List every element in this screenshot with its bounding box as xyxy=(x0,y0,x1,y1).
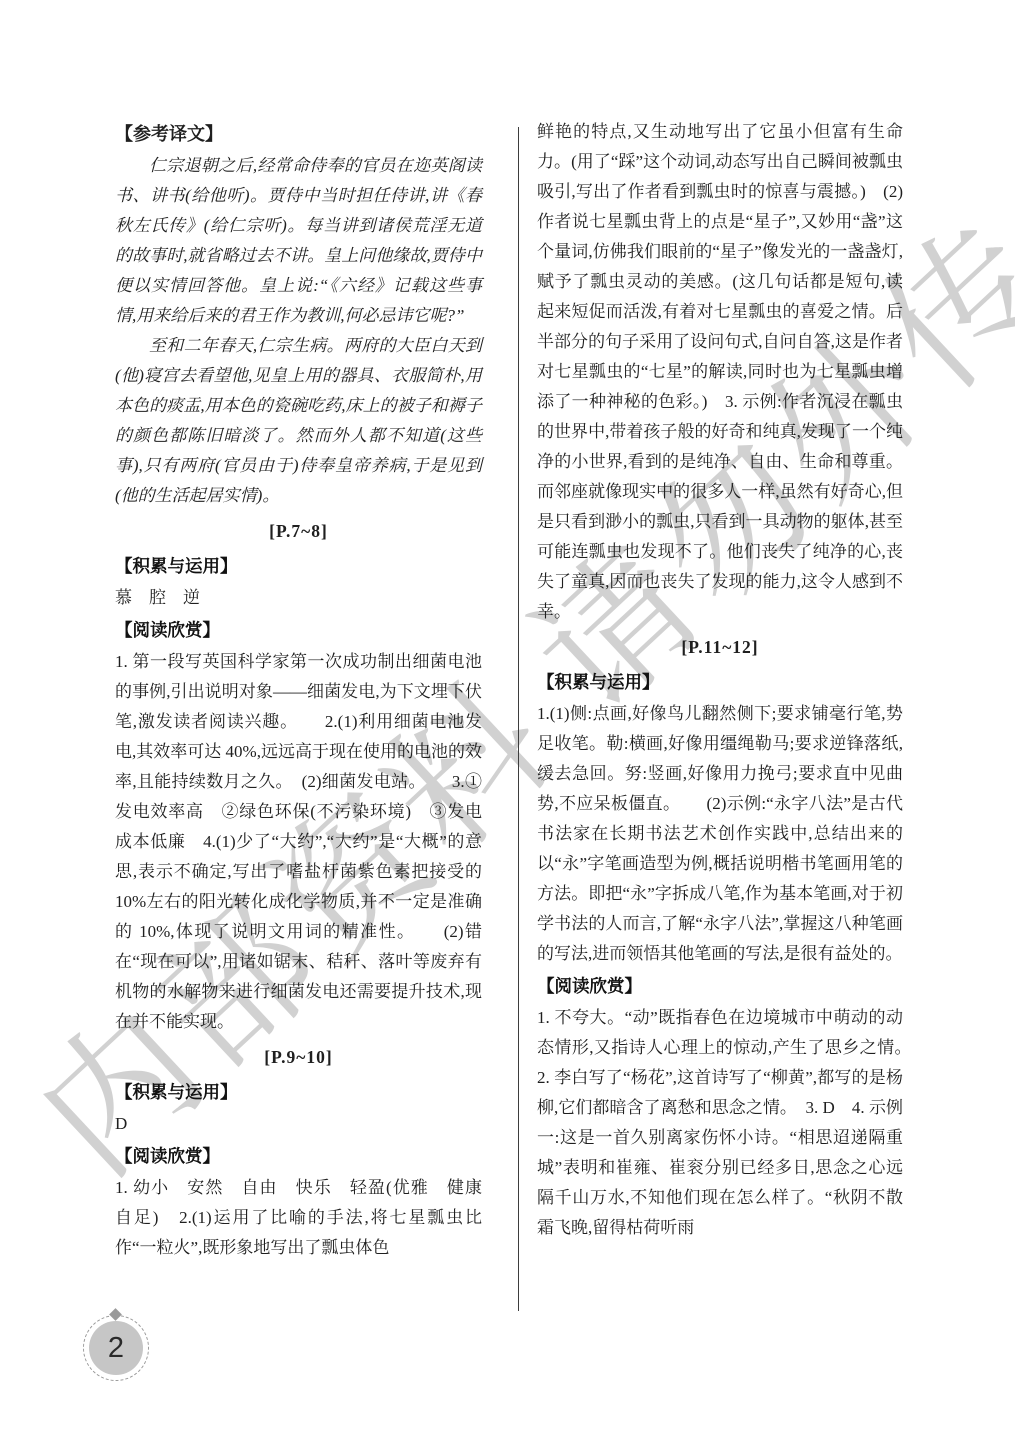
section-heading-accumulation-2: 【积累与运用】 xyxy=(115,1077,482,1107)
section-heading-reading-3: 【阅读欣赏】 xyxy=(537,971,903,1001)
section-heading-accumulation-1: 【积累与运用】 xyxy=(115,551,482,581)
accumulation-answer-3: 1.(1)侧:点画,好像鸟儿翻然侧下;要求铺毫行笔,势足收笔。勒:横画,好像用缰… xyxy=(537,699,903,969)
answer-key-page: 内部资料 请勿外传 【参考译文】 仁宗退朝之后,经常命侍奉的官员在迩英阁读书、讲… xyxy=(0,0,1015,1447)
accumulation-answer-2: D xyxy=(115,1109,482,1139)
left-column: 【参考译文】 仁宗退朝之后,经常命侍奉的官员在迩英阁读书、讲书(给他听)。贾侍中… xyxy=(115,117,482,1263)
reading-answer-3: 1. 不夸大。“动”既指春色在边境城市中萌动的动态情形,又指诗人心理上的惊动,产… xyxy=(537,1003,903,1243)
page-range-marker-p11-12: [P.11~12] xyxy=(537,632,903,662)
page-range-marker-p9-10: [P.9~10] xyxy=(115,1042,482,1072)
right-column: 鲜艳的特点,又生动地写出了它虽小但富有生命力。(用了“踩”这个动词,动态写出自己… xyxy=(537,117,903,1243)
section-heading-accumulation-3: 【积累与运用】 xyxy=(537,667,903,697)
section-heading-reading-2: 【阅读欣赏】 xyxy=(115,1141,482,1171)
translation-paragraph-1: 仁宗退朝之后,经常命侍奉的官员在迩英阁读书、讲书(给他听)。贾侍中当时担任侍讲,… xyxy=(115,151,482,331)
translation-paragraph-2: 至和二年春天,仁宗生病。两府的大臣白天到(他)寝宫去看望他,见皇上用的器具、衣服… xyxy=(115,331,482,511)
page-number-badge: 2 xyxy=(83,1315,149,1381)
reading-answer-2: 1. 幼小 安然 自由 快乐 轻盈(优雅 健康 自足) 2.(1)运用了比喻的手… xyxy=(115,1173,482,1263)
reading-answer-1: 1. 第一段写英国科学家第一次成功制出细菌电池的事例,引出说明对象——细菌发电,… xyxy=(115,647,482,1037)
accumulation-answer-1: 慕 腔 逆 xyxy=(115,583,482,613)
page-range-marker-p7-8: [P.7~8] xyxy=(115,516,482,546)
section-heading-reading-1: 【阅读欣赏】 xyxy=(115,615,482,645)
reading-answer-continuation: 鲜艳的特点,又生动地写出了它虽小但富有生命力。(用了“踩”这个动词,动态写出自己… xyxy=(537,117,903,627)
page-number-circle: 2 xyxy=(89,1321,143,1375)
column-divider xyxy=(518,127,519,1311)
page-number: 2 xyxy=(108,1332,124,1365)
section-heading-reference-translation: 【参考译文】 xyxy=(115,119,482,149)
